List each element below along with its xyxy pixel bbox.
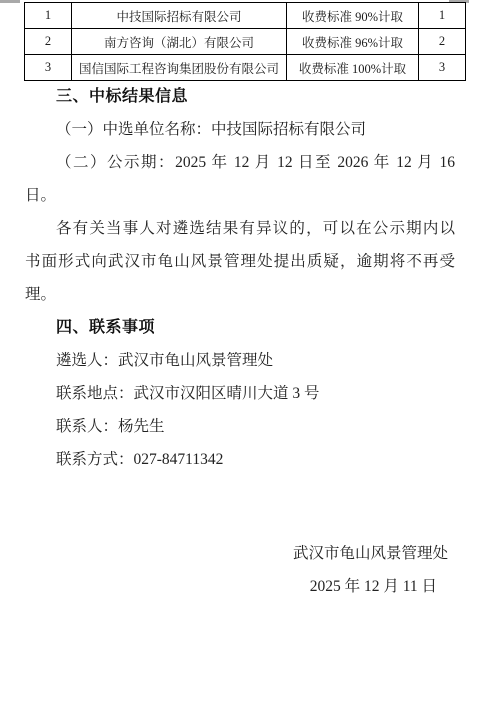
signature-organization: 武汉市龟山风景管理处 — [25, 537, 455, 570]
cell-company: 国信国际工程咨询集团股份有限公司 — [72, 55, 287, 81]
top-left-capture-artifact — [0, 0, 20, 3]
winner-name-line: （一）中选单位名称：中技国际招标有限公司 — [25, 113, 455, 146]
cell-rank: 1 — [419, 3, 466, 29]
cell-rank: 3 — [419, 55, 466, 81]
objection-paragraph-line-3: 理。 — [25, 278, 455, 311]
document-body: 三、中标结果信息 （一）中选单位名称：中技国际招标有限公司 （二）公示期：202… — [25, 80, 455, 603]
cell-company: 中技国际招标有限公司 — [72, 3, 287, 29]
contact-address-line: 联系地点：武汉市汉阳区晴川大道 3 号 — [25, 377, 455, 410]
cell-serial-no: 2 — [25, 29, 72, 55]
table-row: 1 中技国际招标有限公司 收费标准 90%计取 1 — [25, 3, 466, 29]
cell-fee-quote: 收费标准 96%计取 — [287, 29, 419, 55]
table-row: 3 国信国际工程咨询集团股份有限公司 收费标准 100%计取 3 — [25, 55, 466, 81]
contact-phone-line: 联系方式：027-84711342 — [25, 443, 455, 476]
cell-company: 南方咨询（湖北）有限公司 — [72, 29, 287, 55]
publicity-period-line-2: 日。 — [25, 179, 455, 212]
section-contact-heading: 四、联系事项 — [25, 311, 455, 344]
section-result-heading: 三、中标结果信息 — [25, 80, 455, 113]
candidate-ranking-table: 1 中技国际招标有限公司 收费标准 90%计取 1 2 南方咨询（湖北）有限公司… — [24, 2, 466, 81]
selector-line: 遴选人：武汉市龟山风景管理处 — [25, 344, 455, 377]
objection-paragraph-line-1: 各有关当事人对遴选结果有异议的，可以在公示期内以 — [25, 212, 455, 245]
signature-date: 2025 年 12 月 11 日 — [25, 570, 455, 603]
cell-fee-quote: 收费标准 90%计取 — [287, 3, 419, 29]
table-row: 2 南方咨询（湖北）有限公司 收费标准 96%计取 2 — [25, 29, 466, 55]
publicity-period-line-1: （二）公示期：2025 年 12 月 12 日至 2026 年 12 月 16 — [25, 146, 455, 179]
cell-fee-quote: 收费标准 100%计取 — [287, 55, 419, 81]
contact-person-line: 联系人：杨先生 — [25, 410, 455, 443]
cell-serial-no: 3 — [25, 55, 72, 81]
announcement-document: 1 中技国际招标有限公司 收费标准 90%计取 1 2 南方咨询（湖北）有限公司… — [0, 0, 477, 725]
objection-paragraph-line-2: 书面形式向武汉市龟山风景管理处提出质疑，逾期将不再受 — [25, 245, 455, 278]
cell-rank: 2 — [419, 29, 466, 55]
cell-serial-no: 1 — [25, 3, 72, 29]
signature-block: 武汉市龟山风景管理处 2025 年 12 月 11 日 — [25, 537, 455, 603]
